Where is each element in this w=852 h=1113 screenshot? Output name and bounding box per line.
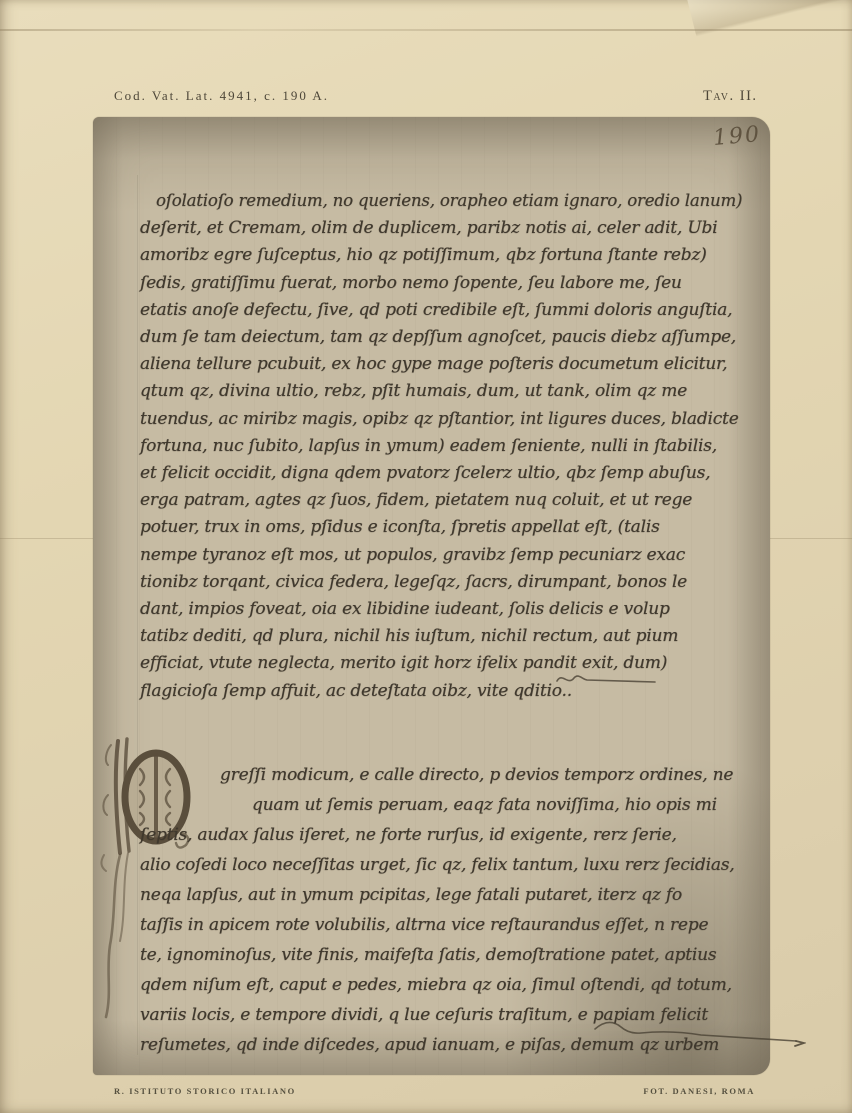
folio-number: 190 <box>712 120 784 151</box>
manuscript-line: tatibz dediti, qd plura, nichil his iuſt… <box>140 623 742 650</box>
plate-sheet: Cod. Vat. Lat. 4941, c. 190 A. Tav. II. … <box>0 0 852 1113</box>
manuscript-line: greſſi modicum, e calle directo, p devio… <box>220 760 742 790</box>
manuscript-line: te, ignominoſus, vite finis, maifeſta ſa… <box>140 940 742 970</box>
manuscript-paragraph-1: oſolatioſo remedium, no queriens, oraphe… <box>140 188 742 705</box>
manuscript-line: tuendus, ac miribz magis, opibz qz pſtan… <box>140 406 742 433</box>
plate-number-caption: Tav. II. <box>703 88 758 105</box>
manuscript-line: qdem niſum eſt, caput e pedes, miebra qz… <box>140 970 742 1000</box>
paper-crease-corner <box>686 0 852 64</box>
manuscript-line: tionibz torqant, civica federa, legeſqz,… <box>140 569 742 596</box>
manuscript-line: deſerit, et Cremam, olim de duplicem, pa… <box>140 215 742 242</box>
manuscript-line: neqa lapſus, aut in ymum pcipitas, lege … <box>140 880 742 910</box>
manuscript-line: flagicioſa ſemp affuit, ac deteſtata oib… <box>140 678 742 705</box>
manuscript-line: ſeptis, audax ſalus iſeret, ne forte rur… <box>140 820 742 850</box>
manuscript-line: dum ſe tam deiectum, tam qz depſſum agno… <box>140 324 742 351</box>
manuscript-line: taſſis in apicem rote volubilis, altrna … <box>140 910 742 940</box>
photographer-credit: FOT. DANESI, ROMA <box>630 1086 755 1096</box>
manuscript-line: ſedis, gratiſſimu fuerat, morbo nemo ſop… <box>140 270 742 297</box>
manuscript-paragraph-2: greſſi modicum, e calle directo, p devio… <box>140 760 742 1060</box>
manuscript-line: oſolatioſo remedium, no queriens, oraphe… <box>156 188 727 215</box>
manuscript-line: erga patram, agtes qz ſuos, fidem, pieta… <box>140 487 742 514</box>
paper-crease-top <box>0 29 852 31</box>
manuscript-line: qtum qz, divina ultio, rebz, pſit humais… <box>140 378 742 405</box>
manuscript-line: reſumetes, qd inde diſcedes, apud ianuam… <box>140 1030 742 1060</box>
manuscript-margin-rule <box>137 175 138 1055</box>
manuscript-line: nempe tyranoz eſt mos, ut populos, gravi… <box>140 542 742 569</box>
manuscript-line: alio coſedi loco neceſſitas urget, ſic q… <box>140 850 742 880</box>
shelfmark-caption: Cod. Vat. Lat. 4941, c. 190 A. <box>114 88 329 104</box>
manuscript-line: etatis anoſe defectu, ſive, qd poti cred… <box>140 297 742 324</box>
manuscript-line: variis locis, e tempore dividi, q lue ce… <box>140 1000 742 1030</box>
manuscript-line: et felicit occidit, digna qdem pvatorz ſ… <box>140 460 742 487</box>
manuscript-line: aliena tellure pcubuit, ex hoc gype mage… <box>140 351 742 378</box>
manuscript-line: dant, impios foveat, oia ex libidine iud… <box>140 596 742 623</box>
manuscript-line: amoribz egre ſuſceptus, hio qz potiſſimu… <box>140 242 742 269</box>
manuscript-line: quam ut ſemis peruam, eaqz fata noviſſim… <box>252 790 742 820</box>
manuscript-line: potuer, trux in oms, pſidus e iconſta, ſ… <box>140 514 742 541</box>
manuscript-photograph: 190 oſolatioſo remedium, no queriens, or… <box>93 117 770 1075</box>
publisher-credit: R. ISTITUTO STORICO ITALIANO <box>114 1086 296 1096</box>
manuscript-line: fortuna, nuc ſubito, lapſus in ymum) ead… <box>140 433 742 460</box>
manuscript-line: efficiat, vtute neglecta, merito igit ho… <box>140 650 742 677</box>
